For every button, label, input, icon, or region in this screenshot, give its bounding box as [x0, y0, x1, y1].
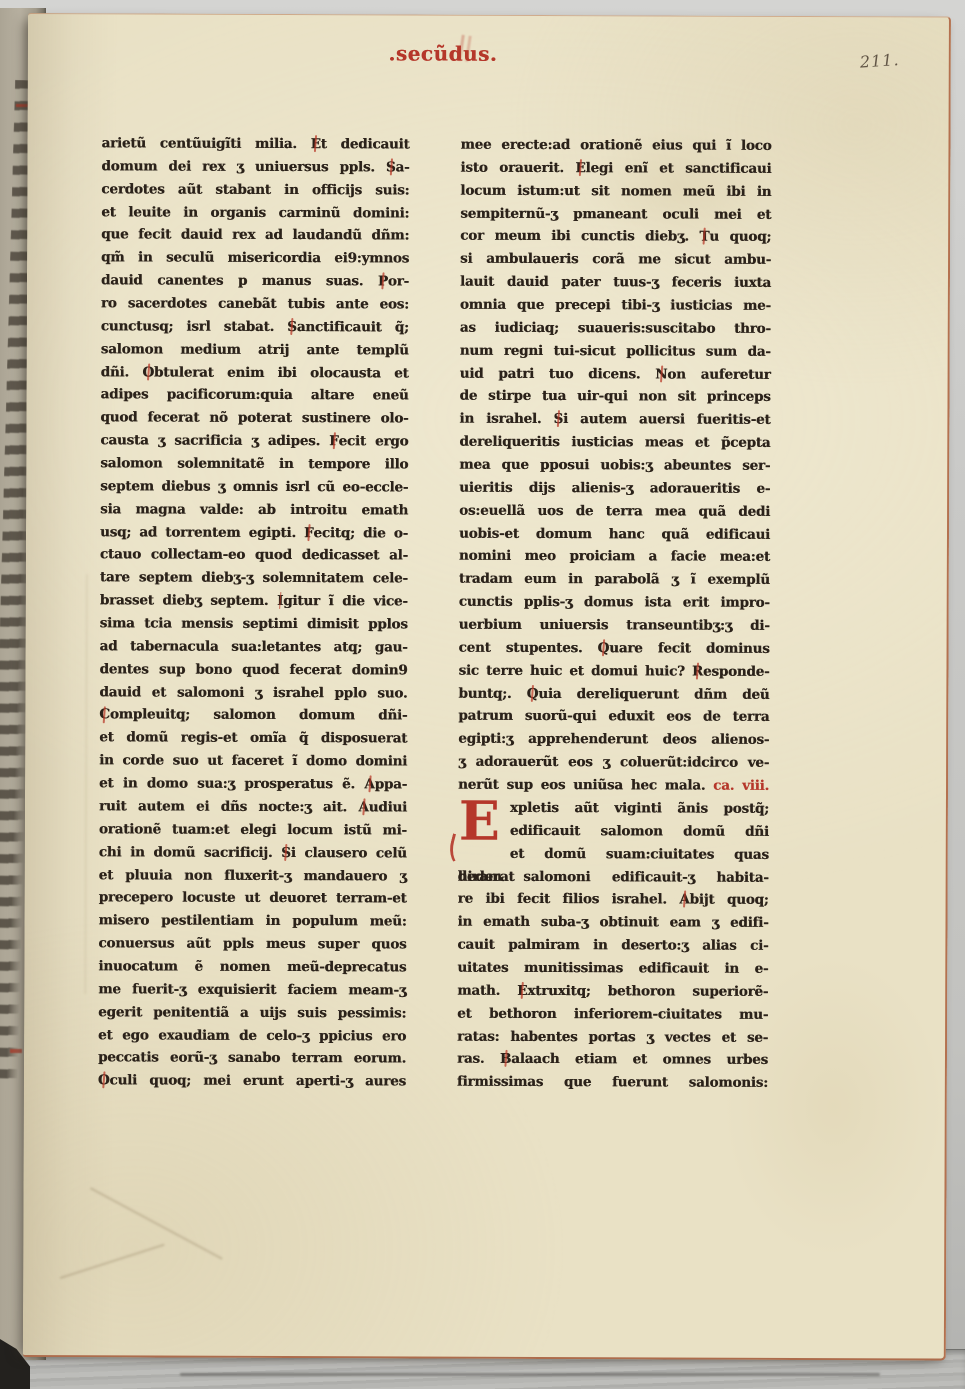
rubricated-capital: S [386, 156, 396, 179]
text-line: brasset diebʒ septem. Igitur ĩ die vice- [100, 589, 408, 613]
parchment-crease [90, 1187, 223, 1260]
rubricated-capital: S [287, 316, 297, 339]
text-line: in israhel. Si autem auersi fueritis-et [459, 408, 770, 432]
facing-page-rubric-mark [16, 104, 28, 107]
rubricated-capital: T [699, 226, 709, 249]
text-line: cor meum ibi cunctis diebʒ. Tu quoq; [460, 225, 771, 249]
text-line: uobis-et domum hanc quã edificaui [459, 522, 770, 546]
text-line: uieritis dijs alienis-ʒ adoraueritis e- [459, 477, 770, 501]
text-line: isto orauerit. Elegi enĩ et sanctificaui [460, 157, 771, 181]
text-line: re ibi fecit filios israhel. Abijt quoq; [458, 888, 769, 912]
rubricated-capital: E [517, 980, 527, 1003]
text-line: ruit autem ei dñs nocte:ʒ ait. Audiui [99, 795, 407, 819]
rubricated-capital: A [358, 796, 368, 819]
text-line: ad tabernacula sua:letantes atq; gau- [100, 635, 408, 659]
text-line: Compleuitq; salomon domum dñi- [99, 704, 407, 728]
chapter-marker: ca. viii. [713, 778, 769, 794]
text-line: causta ʒ sacrificia ʒ adipes. Fecit ergo [100, 429, 408, 453]
text-line: cerdotes aũt stabant in officijs suis: [101, 178, 409, 202]
rubricated-capital: Q [527, 683, 539, 706]
text-line: usq; ad torrentem egipti. Fecitq; die o- [100, 521, 408, 545]
text-line: tare septem diebʒ-ʒ solemnitatem cele- [100, 567, 408, 591]
manuscript-page: .secũdus. 211. arietũ centũuigĩti milia.… [23, 13, 951, 1361]
rubricated-capital: N [655, 363, 667, 386]
book-block-shadow-line [180, 1373, 880, 1376]
text-line: salomon solemnitatẽ in tempore illo [100, 452, 408, 476]
text-line: lauit dauid pater tuus-ʒ feceris iuxta [460, 271, 771, 295]
text-line: mea que pposui uobis:ʒ abeuntes ser- [459, 454, 770, 478]
text-line: math. Extruxitq; bethoron superiorẽ- [457, 979, 768, 1003]
text-line: domum dei rex ʒ uniuersus ppls. Sa- [101, 155, 409, 179]
text-line: quod fecerat nõ poterat sustinere olo- [100, 407, 408, 431]
text-line: uerbium uniuersis transeuntibʒ:ʒ di- [459, 614, 770, 638]
text-line: si ambulaueris corã me sicut ambu- [460, 248, 771, 272]
text-line: arietũ centũuigĩti milia. Et dedicauit [101, 132, 409, 156]
text-line: hiram salomoni edificauit-ʒ habita- [458, 865, 769, 889]
rubricated-capital: R [692, 660, 703, 683]
text-line: as iudiciaq; suaueris:suscitabo thro- [460, 317, 771, 341]
running-header: .secũdus. [358, 41, 528, 66]
rubricated-capital: E [575, 157, 585, 180]
text-line: egerit penitentiã a uijs suis pessimis: [98, 1001, 406, 1025]
text-column-left: arietũ centũuigĩti milia. Et dedicauitdo… [98, 132, 410, 1093]
text-line: dauid canentes p manus suas. Por- [101, 269, 409, 293]
text-line: dentes sup bono quod fecerat domin9 [99, 658, 407, 682]
text-line: et ego exaudiam de celo-ʒ ppicius ero [98, 1024, 406, 1048]
text-line: chi in domũ sacrificij. Si clausero celũ [99, 841, 407, 865]
text-line: misero pestilentiam in populum meũ: [98, 909, 406, 933]
text-line: buntq;. Quia dereliquerunt dñm deũ [458, 682, 769, 706]
text-line: Oculi quoq; mei erunt aperti-ʒ aures [98, 1070, 406, 1094]
rubricated-capital: I [277, 590, 283, 613]
rubricated-capital: Q [598, 637, 610, 660]
photograph-of-gutenberg-bible-page: { "document": { "running_header": ".secũ… [0, 0, 965, 1389]
text-line: sima tcia mensis septimi dimisit pplos [100, 612, 408, 636]
rubricated-capital: S [281, 842, 291, 865]
text-line: nerũt sup eos uniũsa hec mala. ca. viii. [458, 774, 769, 798]
text-line: os:euellã uos de terra mea quã dedi [459, 499, 770, 523]
rubricated-capital: B [500, 1048, 511, 1071]
text-line: patrum suorũ-qui eduxit eos de terra [458, 705, 769, 729]
rubricated-capital: O [98, 1070, 110, 1093]
text-line: sempiternũ-ʒ pmaneant oculi mei et [460, 202, 771, 226]
text-line: que fecit dauid rex ad laudandũ dñm: [101, 224, 409, 248]
text-line: et domũ suam:ciuitates quas dederat [458, 842, 769, 866]
text-line: orationẽ tuam:et elegi locum istũ mi- [99, 818, 407, 842]
text-line: uitates munitissimas edificauit in e- [457, 957, 768, 981]
text-line: mee erecte:ad orationẽ eius qui ĩ loco [460, 134, 771, 158]
text-line: in corde suo ut faceret ĩ domo domini [99, 749, 407, 773]
text-line: et domũ regis-et omĩa q̃ disposuerat [99, 727, 407, 751]
text-line: edificauit salomon domũ dñi [458, 819, 769, 843]
text-line: ratas: habentes portas ʒ vectes et se- [457, 1025, 768, 1049]
rubricated-capital: F [329, 430, 338, 453]
text-line: et bethoron inferiorem-ciuitates mu- [457, 1002, 768, 1026]
text-line: sic terre huic et domui huic? Responde- [458, 659, 769, 683]
text-line: qm̃ in seculũ misericordia ei9:ymnos [101, 247, 409, 271]
text-line: conuersus aũt ppls meus super quos [98, 932, 406, 956]
text-line: uid patri tuo dicens. Non auferetur [460, 362, 771, 386]
rubricated-capital: A [364, 773, 374, 796]
rubricated-capital: C [99, 704, 110, 727]
text-line: et in domo sua:ʒ prosperatus ẽ. Appa- [99, 772, 407, 796]
text-line: Expletis aũt viginti ãnis postq̃; [458, 797, 769, 821]
text-line: ctauo collectam-eo quod dedicasset al- [100, 544, 408, 568]
rubricated-capital: P [378, 271, 388, 294]
rubricated-capital: F [304, 522, 313, 545]
text-line: cunctusq; isrl stabat. Sanctificauit q̃; [101, 315, 409, 339]
facing-page-rubric-mark [10, 1049, 22, 1053]
parchment-crease [60, 1244, 165, 1279]
text-line: nomini meo proiciam a facie mea:et [459, 545, 770, 569]
text-line: precepero locuste ut deuoret terram-et [99, 887, 407, 911]
rubricated-capital: E [311, 133, 321, 156]
text-line: dereliqueritis iusticias meas et p̃cepta [459, 431, 770, 455]
text-line: ras. Balaach etiam et omnes urbes [457, 1048, 768, 1072]
text-line: et leuite in organis carminũ domini: [101, 201, 409, 225]
chapter-initial: E [456, 800, 503, 843]
text-line: dauid et salomoni ʒ israhel pplo suo. [99, 681, 407, 705]
text-line: sia magna valde: ab introitu emath [100, 498, 408, 522]
text-line: de stirpe tua uir-qui non sit princeps [459, 385, 770, 409]
text-line: cauit palmiram in deserto:ʒ alias ci- [457, 934, 768, 958]
text-line: inuocatum ẽ nomen meũ-deprecatus [98, 955, 406, 979]
text-line: et pluuia non fluxerit-ʒ mandauero ʒ [99, 864, 407, 888]
text-line: cent stupentes. Quare fecit dominus [459, 637, 770, 661]
text-line: firmissimas que fuerunt salomonis: [457, 1071, 768, 1095]
text-line: omnia que precepi tibi-ʒ iusticias me- [460, 294, 771, 318]
text-line: egipti:ʒ apprehenderunt deos alienos- [458, 728, 769, 752]
text-line: locum istum:ut sit nomen meũ ibi in [460, 179, 771, 203]
text-line: septem diebus ʒ omnis isrl cũ eo-eccle- [100, 475, 408, 499]
text-line: peccatis eorũ-ʒ sanabo terram eorum. [98, 1047, 406, 1071]
text-line: ʒ adorauerũt eos ʒ coluerũt:idcirco ve- [458, 751, 769, 775]
text-line: dñi. Obtulerat enim ibi olocausta et [101, 361, 409, 385]
text-line: me fuerit-ʒ exquisierit faciem meam-ʒ [98, 978, 406, 1002]
text-line: adipes pacificorum:quia altare eneũ [100, 384, 408, 408]
folio-number: 211. [859, 50, 900, 72]
text-column-right: mee erecte:ad orationẽ eius qui ĩ locois… [457, 134, 772, 1095]
text-line: num regni tui-sicut pollicitus sum da- [460, 339, 771, 363]
text-line: tradam eum in parabolã ʒ ĩ exemplũ [459, 568, 770, 592]
parchment-crease [84, 574, 88, 994]
text-line: in emath suba-ʒ obtinuit eam ʒ edifi- [457, 911, 768, 935]
text-line: salomon medium atrij ante templũ [101, 338, 409, 362]
rubricated-capital: O [142, 361, 154, 384]
text-line: ro sacerdotes canebãt tubis ante eos: [101, 292, 409, 316]
rubricated-capital: S [553, 408, 563, 431]
rubricated-capital: A [679, 889, 689, 912]
text-line: cunctis pplis-ʒ domus ista erit impro- [459, 591, 770, 615]
